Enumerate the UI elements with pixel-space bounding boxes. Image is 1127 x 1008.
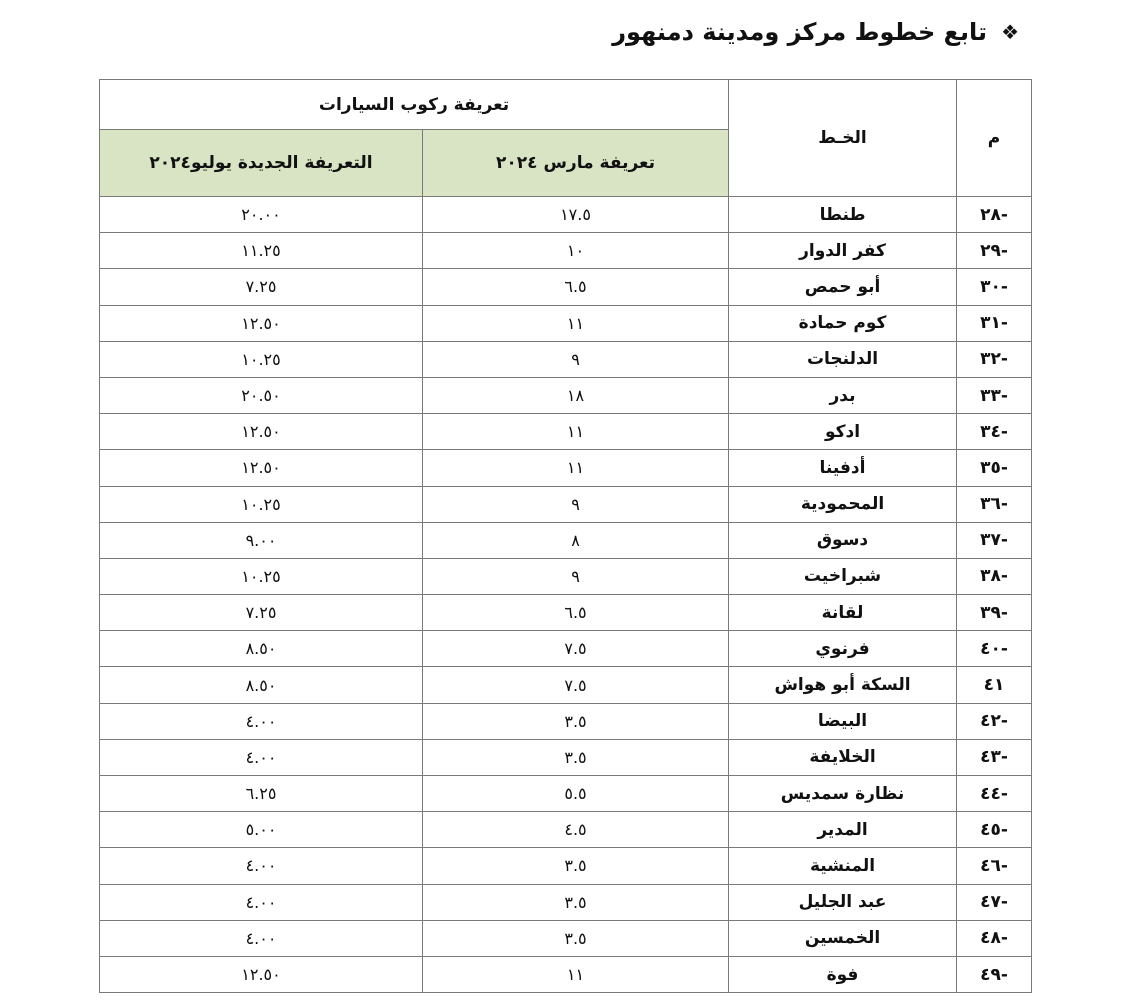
header-july-fare: التعريفة الجديدة يوليو٢٠٢٤ — [100, 130, 423, 197]
row-july-fare: ١٢.٥٠ — [100, 450, 423, 486]
fare-table: م الخـط تعريفة ركوب السيارات تعريفة مارس… — [99, 79, 1032, 993]
row-july-fare: ٨.٥٠ — [100, 631, 423, 667]
table-row: -٢٨طنطا١٧.٥٢٠.٠٠ — [100, 197, 1032, 233]
row-line-name: ادكو — [729, 414, 957, 450]
table-row: -٤٤نظارة سمديس٥.٥٦.٢٥ — [100, 776, 1032, 812]
row-line-name: المدير — [729, 812, 957, 848]
row-march-fare: ١٧.٥ — [423, 197, 729, 233]
row-march-fare: ٤.٥ — [423, 812, 729, 848]
row-july-fare: ١٢.٥٠ — [100, 956, 423, 992]
row-march-fare: ٨ — [423, 522, 729, 558]
row-july-fare: ٤.٠٠ — [100, 739, 423, 775]
row-index: -٣٠ — [957, 269, 1032, 305]
row-line-name: طنطا — [729, 197, 957, 233]
row-index: -٢٩ — [957, 233, 1032, 269]
row-line-name: عبد الجليل — [729, 884, 957, 920]
table-row: -٤٨الخمسين٣.٥٤.٠٠ — [100, 920, 1032, 956]
row-index: -٣٤ — [957, 414, 1032, 450]
row-march-fare: ٩ — [423, 341, 729, 377]
row-line-name: الخمسين — [729, 920, 957, 956]
row-index: -٣٦ — [957, 486, 1032, 522]
row-march-fare: ٧.٥ — [423, 667, 729, 703]
row-index: -٣٥ — [957, 450, 1032, 486]
table-row: ٤١السكة أبو هواش٧.٥٨.٥٠ — [100, 667, 1032, 703]
table-row: -٤٠فرنوي٧.٥٨.٥٠ — [100, 631, 1032, 667]
row-july-fare: ١٠.٢٥ — [100, 341, 423, 377]
row-july-fare: ٤.٠٠ — [100, 703, 423, 739]
header-index: م — [957, 80, 1032, 197]
table-row: -٤٧عبد الجليل٣.٥٤.٠٠ — [100, 884, 1032, 920]
row-index: -٤٣ — [957, 739, 1032, 775]
row-march-fare: ٣.٥ — [423, 920, 729, 956]
row-line-name: الخلايفة — [729, 739, 957, 775]
row-july-fare: ٩.٠٠ — [100, 522, 423, 558]
row-index: -٤٤ — [957, 776, 1032, 812]
row-index: -٤٢ — [957, 703, 1032, 739]
row-march-fare: ١١ — [423, 450, 729, 486]
row-index: ٤١ — [957, 667, 1032, 703]
row-march-fare: ٩ — [423, 558, 729, 594]
row-index: -٣١ — [957, 305, 1032, 341]
table-row: -٣٥أدفينا١١١٢.٥٠ — [100, 450, 1032, 486]
header-march-fare: تعريفة مارس ٢٠٢٤ — [423, 130, 729, 197]
row-line-name: البيضا — [729, 703, 957, 739]
row-line-name: نظارة سمديس — [729, 776, 957, 812]
document-title-text: تابع خطوط مركز ومدينة دمنهور — [612, 18, 987, 46]
row-index: -٤٠ — [957, 631, 1032, 667]
row-line-name: المنشية — [729, 848, 957, 884]
table-row: -٣٨شبراخيت٩١٠.٢٥ — [100, 558, 1032, 594]
row-july-fare: ١٠.٢٥ — [100, 558, 423, 594]
table-row: -٣٩لقانة٦.٥٧.٢٥ — [100, 595, 1032, 631]
row-march-fare: ١١ — [423, 956, 729, 992]
row-july-fare: ٧.٢٥ — [100, 595, 423, 631]
row-line-name: أدفينا — [729, 450, 957, 486]
row-march-fare: ٦.٥ — [423, 595, 729, 631]
row-line-name: لقانة — [729, 595, 957, 631]
row-line-name: كفر الدوار — [729, 233, 957, 269]
row-july-fare: ٤.٠٠ — [100, 920, 423, 956]
row-index: -٤٦ — [957, 848, 1032, 884]
row-line-name: شبراخيت — [729, 558, 957, 594]
row-index: -٣٢ — [957, 341, 1032, 377]
row-july-fare: ٤.٠٠ — [100, 884, 423, 920]
table-row: -٤٩فوة١١١٢.٥٠ — [100, 956, 1032, 992]
table-row: -٣٧دسوق٨٩.٠٠ — [100, 522, 1032, 558]
row-july-fare: ١٢.٥٠ — [100, 414, 423, 450]
row-line-name: الدلنجات — [729, 341, 957, 377]
row-index: -٢٨ — [957, 197, 1032, 233]
row-march-fare: ٦.٥ — [423, 269, 729, 305]
row-line-name: دسوق — [729, 522, 957, 558]
row-july-fare: ١٢.٥٠ — [100, 305, 423, 341]
table-row: -٤٣الخلايفة٣.٥٤.٠٠ — [100, 739, 1032, 775]
row-line-name: فرنوي — [729, 631, 957, 667]
row-march-fare: ٣.٥ — [423, 884, 729, 920]
row-march-fare: ٩ — [423, 486, 729, 522]
row-index: -٤٧ — [957, 884, 1032, 920]
row-march-fare: ٣.٥ — [423, 848, 729, 884]
table-row: -٤٦المنشية٣.٥٤.٠٠ — [100, 848, 1032, 884]
row-july-fare: ١١.٢٥ — [100, 233, 423, 269]
row-line-name: فوة — [729, 956, 957, 992]
row-index: -٤٩ — [957, 956, 1032, 992]
row-july-fare: ٥.٠٠ — [100, 812, 423, 848]
row-march-fare: ٧.٥ — [423, 631, 729, 667]
row-march-fare: ١١ — [423, 414, 729, 450]
row-march-fare: ٥.٥ — [423, 776, 729, 812]
row-line-name: بدر — [729, 377, 957, 413]
table-row: -٣٠أبو حمص٦.٥٧.٢٥ — [100, 269, 1032, 305]
row-index: -٤٨ — [957, 920, 1032, 956]
header-line: الخـط — [729, 80, 957, 197]
row-july-fare: ١٠.٢٥ — [100, 486, 423, 522]
table-row: -٣٣بدر١٨٢٠.٥٠ — [100, 377, 1032, 413]
row-index: -٤٥ — [957, 812, 1032, 848]
row-july-fare: ٨.٥٠ — [100, 667, 423, 703]
row-march-fare: ١١ — [423, 305, 729, 341]
row-line-name: المحمودية — [729, 486, 957, 522]
table-row: -٢٩كفر الدوار١٠١١.٢٥ — [100, 233, 1032, 269]
table-row: -٤٢البيضا٣.٥٤.٠٠ — [100, 703, 1032, 739]
row-march-fare: ٣.٥ — [423, 703, 729, 739]
table-row: -٤٥المدير٤.٥٥.٠٠ — [100, 812, 1032, 848]
row-july-fare: ٢٠.٠٠ — [100, 197, 423, 233]
row-index: -٣٩ — [957, 595, 1032, 631]
row-july-fare: ٤.٠٠ — [100, 848, 423, 884]
row-index: -٣٨ — [957, 558, 1032, 594]
table-row: -٣٦المحمودية٩١٠.٢٥ — [100, 486, 1032, 522]
table-row: -٣٢الدلنجات٩١٠.٢٥ — [100, 341, 1032, 377]
row-march-fare: ١٨ — [423, 377, 729, 413]
row-july-fare: ٦.٢٥ — [100, 776, 423, 812]
row-line-name: السكة أبو هواش — [729, 667, 957, 703]
document-title: ❖ تابع خطوط مركز ومدينة دمنهور — [612, 18, 1019, 46]
row-march-fare: ١٠ — [423, 233, 729, 269]
table-row: -٣٤ادكو١١١٢.٥٠ — [100, 414, 1032, 450]
row-july-fare: ٢٠.٥٠ — [100, 377, 423, 413]
row-index: -٣٧ — [957, 522, 1032, 558]
header-fare-group: تعريفة ركوب السيارات — [100, 80, 729, 130]
table-row: -٣١كوم حمادة١١١٢.٥٠ — [100, 305, 1032, 341]
row-july-fare: ٧.٢٥ — [100, 269, 423, 305]
row-march-fare: ٣.٥ — [423, 739, 729, 775]
diamond-bullet-icon: ❖ — [1001, 20, 1019, 44]
table-body: -٢٨طنطا١٧.٥٢٠.٠٠-٢٩كفر الدوار١٠١١.٢٥-٣٠أ… — [100, 197, 1032, 993]
row-line-name: أبو حمص — [729, 269, 957, 305]
row-line-name: كوم حمادة — [729, 305, 957, 341]
row-index: -٣٣ — [957, 377, 1032, 413]
